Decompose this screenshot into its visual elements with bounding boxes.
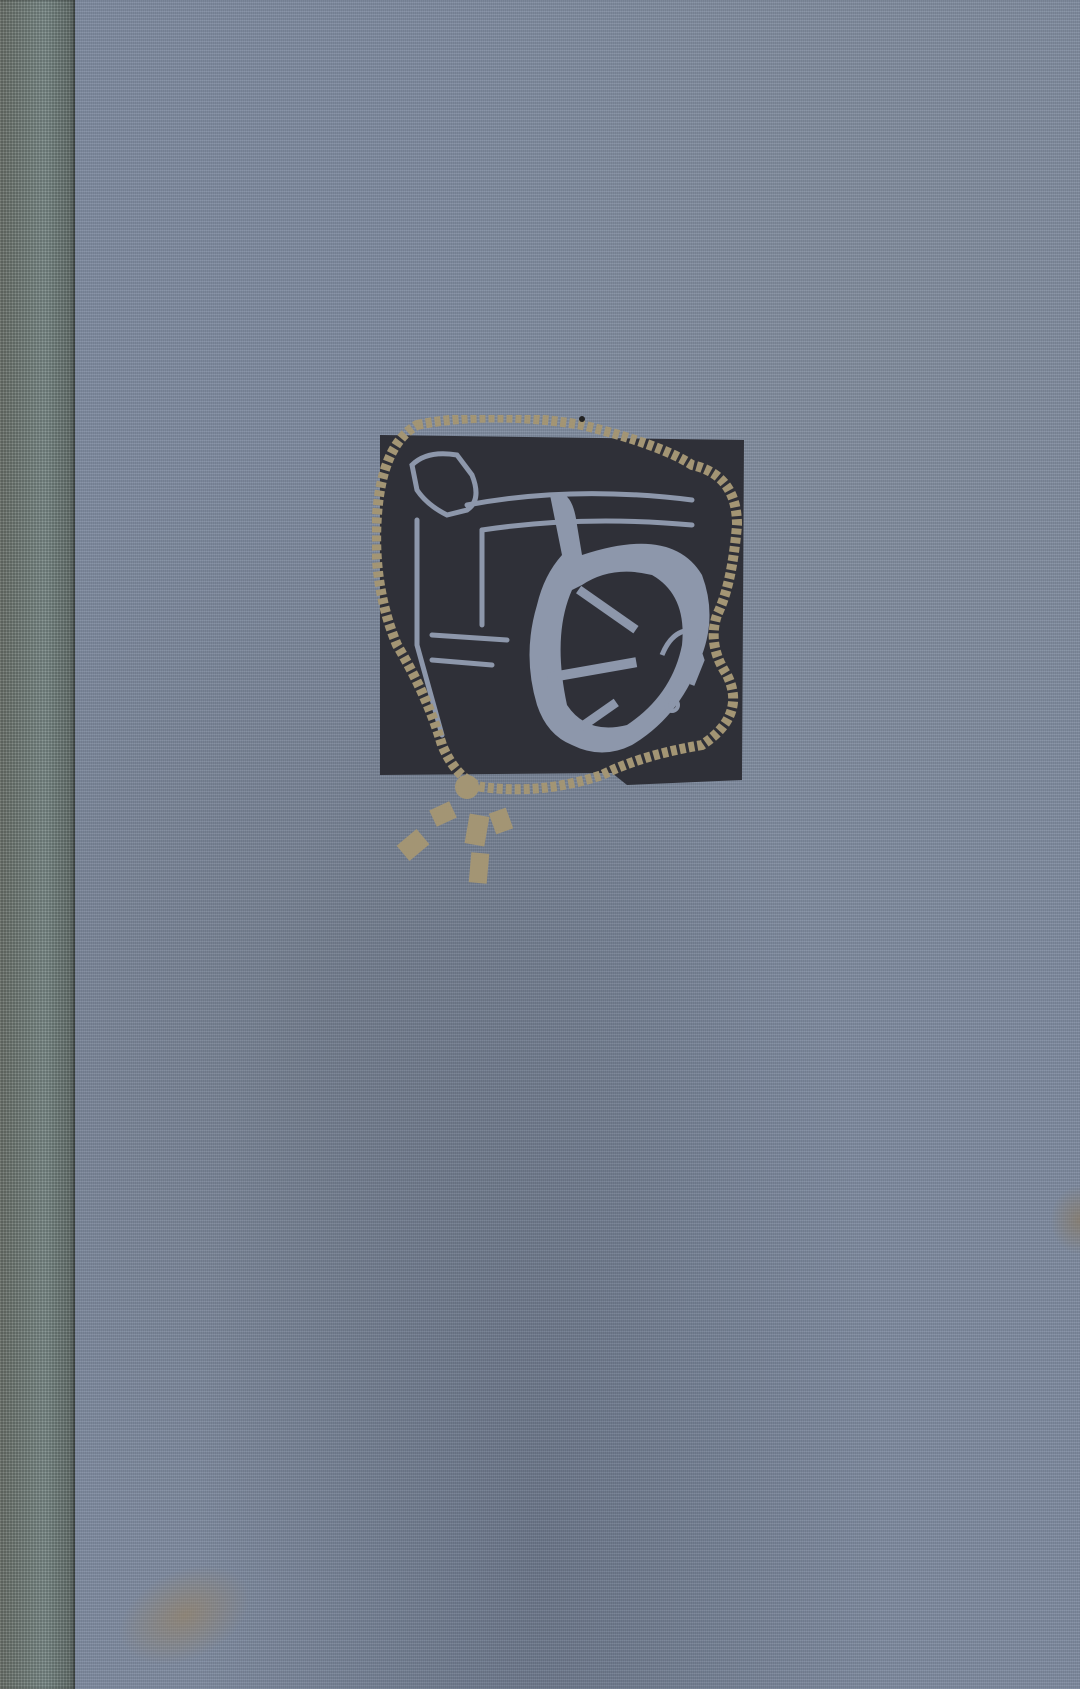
water-stain <box>103 1545 268 1686</box>
helmsman-emblem-icon <box>372 415 767 885</box>
edge-wear <box>1050 1185 1080 1255</box>
book-spine <box>0 0 75 1689</box>
book-cover <box>0 0 1080 1689</box>
